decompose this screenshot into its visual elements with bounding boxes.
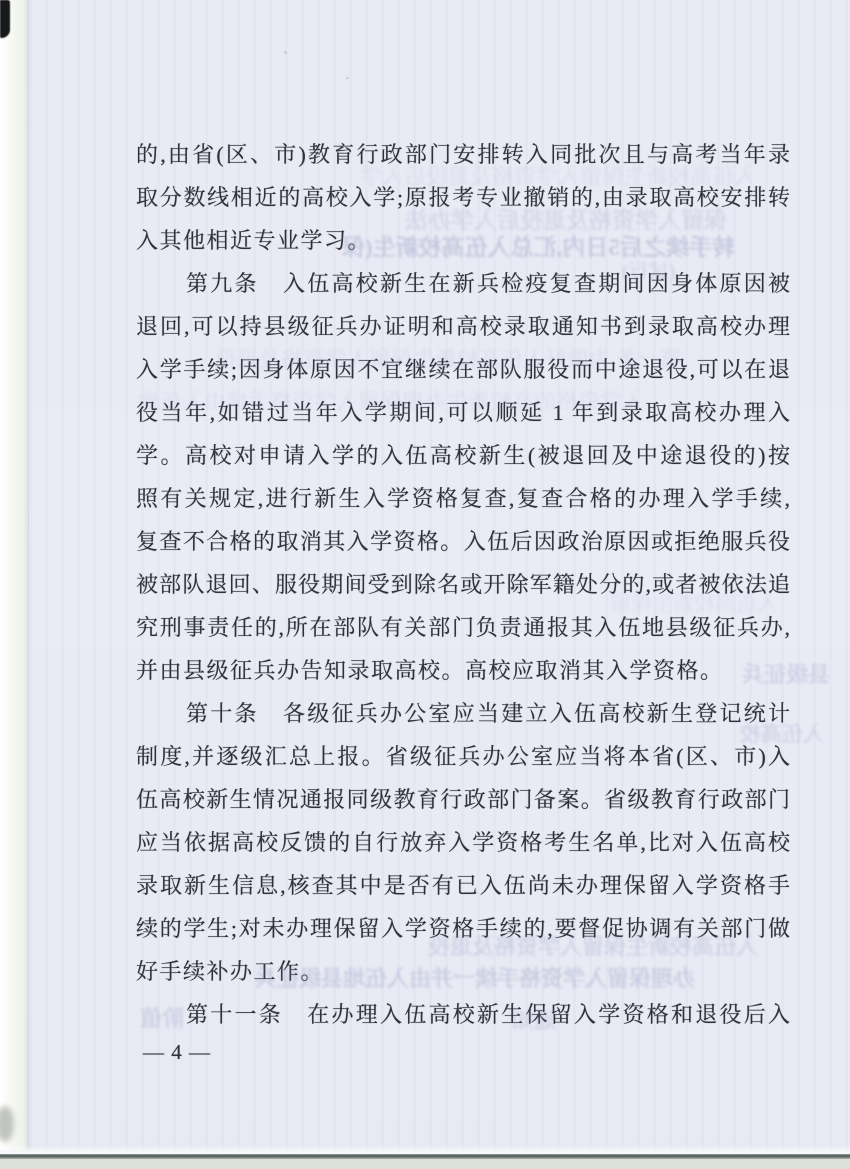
page-fore-edge	[0, 0, 29, 1150]
text-line: 应当依据高校反馈的自行放弃入学资格考生名单,比对入伍高校	[136, 821, 790, 864]
text-line: 第九条 入伍高校新生在新兵检疫复查期间因身体原因被	[136, 262, 790, 305]
text-line: 第十条 各级征兵办公室应当建立入伍高校新生登记统计	[136, 692, 790, 735]
dust-speck	[346, 77, 349, 79]
text-line: 续的学生;对未办理保留入学资格手续的,要督促协调有关部门做	[136, 907, 790, 950]
text-line: 究刑事责任的,所在部队有关部门负责通报其入伍地县级征兵办,	[136, 606, 790, 649]
text-line: 并由县级征兵办告知录取高校。高校应取消其入学资格。	[136, 649, 790, 692]
text-line: 伍高校新生情况通报同级教育行政部门备案。省级教育行政部门	[136, 778, 790, 821]
document-text-column: 的,由省(区、市)教育行政部门安排转入同批次且与高考当年录取分数线相近的高校入学…	[136, 133, 790, 1036]
text-line: 被部队退回、服役期间受到除名或开除军籍处分的,或者被依法追	[136, 563, 790, 606]
text-line: 好手续补办工作。	[136, 950, 790, 993]
scanned-document: 的,由省(区、市)教育行政部门安排转入同批次且与高考当年录取分数线相近的高校入学…	[0, 0, 850, 1169]
text-line: 学。高校对申请入学的入伍高校新生(被退回及中途退役的)按	[136, 434, 790, 477]
dust-speck	[284, 51, 287, 54]
text-line: 的,由省(区、市)教育行政部门安排转入同批次且与高考当年录	[136, 133, 790, 176]
text-line: 入学手续;因身体原因不宜继续在部队服役而中途退役,可以在退	[136, 348, 790, 391]
text-line: 照有关规定,进行新生入学资格复查,复查合格的办理入学手续,	[136, 477, 790, 520]
page-number: — 4 —	[138, 1038, 216, 1066]
text-line: 制度,并逐级汇总上报。省级征兵办公室应当将本省(区、市)入	[136, 735, 790, 778]
scan-corner-artifact	[0, 0, 10, 38]
text-line: 入其他相近专业学习。	[136, 219, 790, 262]
text-line: 退回,可以持县级征兵办证明和高校录取通知书到录取高校办理	[136, 305, 790, 348]
sheet-bottom-rim	[0, 1146, 850, 1154]
text-line: 役当年,如错过当年入学期间,可以顺延 1 年到录取高校办理入	[136, 391, 790, 434]
text-line: 复查不合格的取消其入学资格。入伍后因政治原因或拒绝服兵役	[136, 520, 790, 563]
text-line: 第十一条 在办理入伍高校新生保留入学资格和退役后入	[136, 993, 790, 1036]
text-line: 取分数线相近的高校入学;原报考专业撤销的,由录取高校安排转	[136, 176, 790, 219]
scanner-bed	[0, 1159, 850, 1169]
text-line: 录取新生信息,核查其中是否有已入伍尚未办理保留入学资格手	[136, 864, 790, 907]
